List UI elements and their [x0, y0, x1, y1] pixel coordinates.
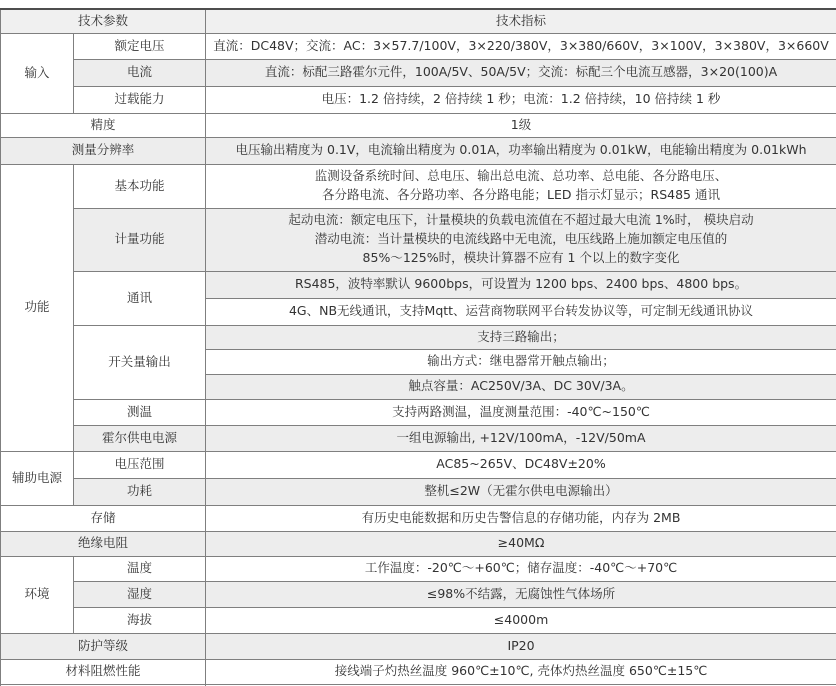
value-env-temperature: 工作温度：-20℃～+60℃；储存温度：-40℃～+70℃ — [206, 556, 836, 581]
row-protection: 防护等级 IP20 — [1, 633, 836, 659]
group-cell-environment: 环境 — [1, 556, 74, 633]
value-precision: 1级 — [206, 113, 836, 137]
value-switch-output-2: 输出方式：继电器常开触点输出； — [206, 349, 836, 374]
group-cell-function: 功能 — [1, 164, 74, 451]
label-voltage-range: 电压范围 — [74, 451, 206, 478]
row-env-temperature: 环境 温度 工作温度：-20℃～+60℃；储存温度：-40℃～+70℃ — [1, 556, 836, 581]
row-switch-output-1: 开关量输出 支持三路输出； — [1, 325, 836, 349]
metering-line-1: 起动电流：额定电压下，计量模块的负载电流值在不超过最大电流 1%时， 模块启动 — [212, 211, 830, 230]
value-storage: 有历史电能数据和历史告警信息的存储功能，内存为 2MB — [206, 505, 836, 531]
value-temp-measure: 支持两路测温，温度测量范围：-40℃~150℃ — [206, 399, 836, 425]
row-temp-measure: 测温 支持两路测温，温度测量范围：-40℃~150℃ — [1, 399, 836, 425]
label-protection: 防护等级 — [1, 633, 206, 659]
value-env-humidity: ≤98%不结露，无腐蚀性气体场所 — [206, 581, 836, 607]
label-basic-function: 基本功能 — [74, 164, 206, 208]
row-storage: 存储 有历史电能数据和历史告警信息的存储功能，内存为 2MB — [1, 505, 836, 531]
row-basic-function: 功能 基本功能 监测设备系统时间、总电压、输出总电流、总功率、总电能、各分路电压… — [1, 164, 836, 208]
metering-line-2: 潜动电流：当计量模块的电流线路中无电流，电压线路上施加额定电压值的 — [212, 230, 830, 249]
label-storage: 存储 — [1, 505, 206, 531]
row-precision: 精度 1级 — [1, 113, 836, 137]
value-flammability: 接线端子灼热丝温度 960℃±10℃, 壳体灼热丝温度 650℃±15℃ — [206, 659, 836, 684]
header-indicator-cell: 技术指标 — [206, 9, 836, 33]
value-voltage-range: AC85~265V、DC48V±20% — [206, 451, 836, 478]
value-comm-rs485: RS485，波特率默认 9600bps，可设置为 1200 bps、2400 b… — [206, 271, 836, 298]
value-comm-wireless: 4G、NB无线通讯，支持Mqtt、运营商物联网平台转发协议等，可定制无线通讯协议 — [206, 298, 836, 325]
row-current: 电流 直流：标配三路霍尔元件，100A/5V、50A/5V；交流：标配三个电流互… — [1, 59, 836, 86]
value-overload: 电压：1.2 倍持续，2 倍持续 1 秒；电流：1.2 倍持续，10 倍持续 1… — [206, 86, 836, 113]
value-protection: IP20 — [206, 633, 836, 659]
technical-spec-table: 技术参数 技术指标 输入 额定电压 直流：DC48V；交流：AC：3×57.7/… — [0, 8, 836, 686]
label-flammability: 材料阻燃性能 — [1, 659, 206, 684]
label-overload: 过载能力 — [74, 86, 206, 113]
label-comm: 通讯 — [74, 271, 206, 325]
row-metering-function: 计量功能 起动电流：额定电压下，计量模块的负载电流值在不超过最大电流 1%时， … — [1, 208, 836, 271]
row-comm-rs485: 通讯 RS485，波特率默认 9600bps，可设置为 1200 bps、240… — [1, 271, 836, 298]
value-resolution: 电压输出精度为 0.1V，电流输出精度为 0.01A，功率输出精度为 0.01k… — [206, 137, 836, 164]
label-resolution: 测量分辨率 — [1, 137, 206, 164]
label-current: 电流 — [74, 59, 206, 86]
basic-function-line-1: 监测设备系统时间、总电压、输出总电流、总功率、总电能、各分路电压、 — [212, 167, 830, 186]
label-env-humidity: 湿度 — [74, 581, 206, 607]
group-cell-input: 输入 — [1, 33, 74, 113]
label-insulation: 绝缘电阻 — [1, 531, 206, 556]
label-metering-function: 计量功能 — [74, 208, 206, 271]
value-current: 直流：标配三路霍尔元件，100A/5V、50A/5V；交流：标配三个电流互感器，… — [206, 59, 836, 86]
label-env-altitude: 海拔 — [74, 607, 206, 633]
row-flammability: 材料阻燃性能 接线端子灼热丝温度 960℃±10℃, 壳体灼热丝温度 650℃±… — [1, 659, 836, 684]
row-rated-voltage: 输入 额定电压 直流：DC48V；交流：AC：3×57.7/100V，3×220… — [1, 33, 836, 59]
row-env-altitude: 海拔 ≤4000m — [1, 607, 836, 633]
spec-sheet-page: 技术参数 技术指标 输入 额定电压 直流：DC48V；交流：AC：3×57.7/… — [0, 0, 836, 686]
value-metering-function: 起动电流：额定电压下，计量模块的负载电流值在不超过最大电流 1%时， 模块启动 … — [206, 208, 836, 271]
row-hall-power: 霍尔供电电源 一组电源输出, +12V/100mA，-12V/50mA — [1, 425, 836, 451]
value-hall-power: 一组电源输出, +12V/100mA，-12V/50mA — [206, 425, 836, 451]
row-voltage-range: 辅助电源 电压范围 AC85~265V、DC48V±20% — [1, 451, 836, 478]
value-switch-output-1: 支持三路输出； — [206, 325, 836, 349]
metering-line-3: 85%～125%时，模块计算器不应有 1 个以上的数字变化 — [212, 249, 830, 268]
header-parameter-cell: 技术参数 — [1, 9, 206, 33]
value-switch-output-3: 触点容量：AC250V/3A、DC 30V/3A。 — [206, 374, 836, 399]
group-cell-aux-power: 辅助电源 — [1, 451, 74, 505]
label-temp-measure: 测温 — [74, 399, 206, 425]
table-header-row: 技术参数 技术指标 — [1, 9, 836, 33]
basic-function-line-2: 各分路电流、各分路功率、各分路电能；LED 指示灯显示；RS485 通讯 — [212, 186, 830, 205]
row-overload: 过载能力 电压：1.2 倍持续，2 倍持续 1 秒；电流：1.2 倍持续，10 … — [1, 86, 836, 113]
label-switch-output: 开关量输出 — [74, 325, 206, 399]
value-rated-voltage: 直流：DC48V；交流：AC：3×57.7/100V，3×220/380V，3×… — [206, 33, 836, 59]
label-env-temperature: 温度 — [74, 556, 206, 581]
value-insulation: ≥40MΩ — [206, 531, 836, 556]
row-resolution: 测量分辨率 电压输出精度为 0.1V，电流输出精度为 0.01A，功率输出精度为… — [1, 137, 836, 164]
value-basic-function: 监测设备系统时间、总电压、输出总电流、总功率、总电能、各分路电压、 各分路电流、… — [206, 164, 836, 208]
row-env-humidity: 湿度 ≤98%不结露，无腐蚀性气体场所 — [1, 581, 836, 607]
label-consumption: 功耗 — [74, 478, 206, 505]
row-insulation: 绝缘电阻 ≥40MΩ — [1, 531, 836, 556]
value-env-altitude: ≤4000m — [206, 607, 836, 633]
label-rated-voltage: 额定电压 — [74, 33, 206, 59]
value-consumption: 整机≤2W（无霍尔供电电源输出） — [206, 478, 836, 505]
row-consumption: 功耗 整机≤2W（无霍尔供电电源输出） — [1, 478, 836, 505]
label-precision: 精度 — [1, 113, 206, 137]
label-hall-power: 霍尔供电电源 — [74, 425, 206, 451]
